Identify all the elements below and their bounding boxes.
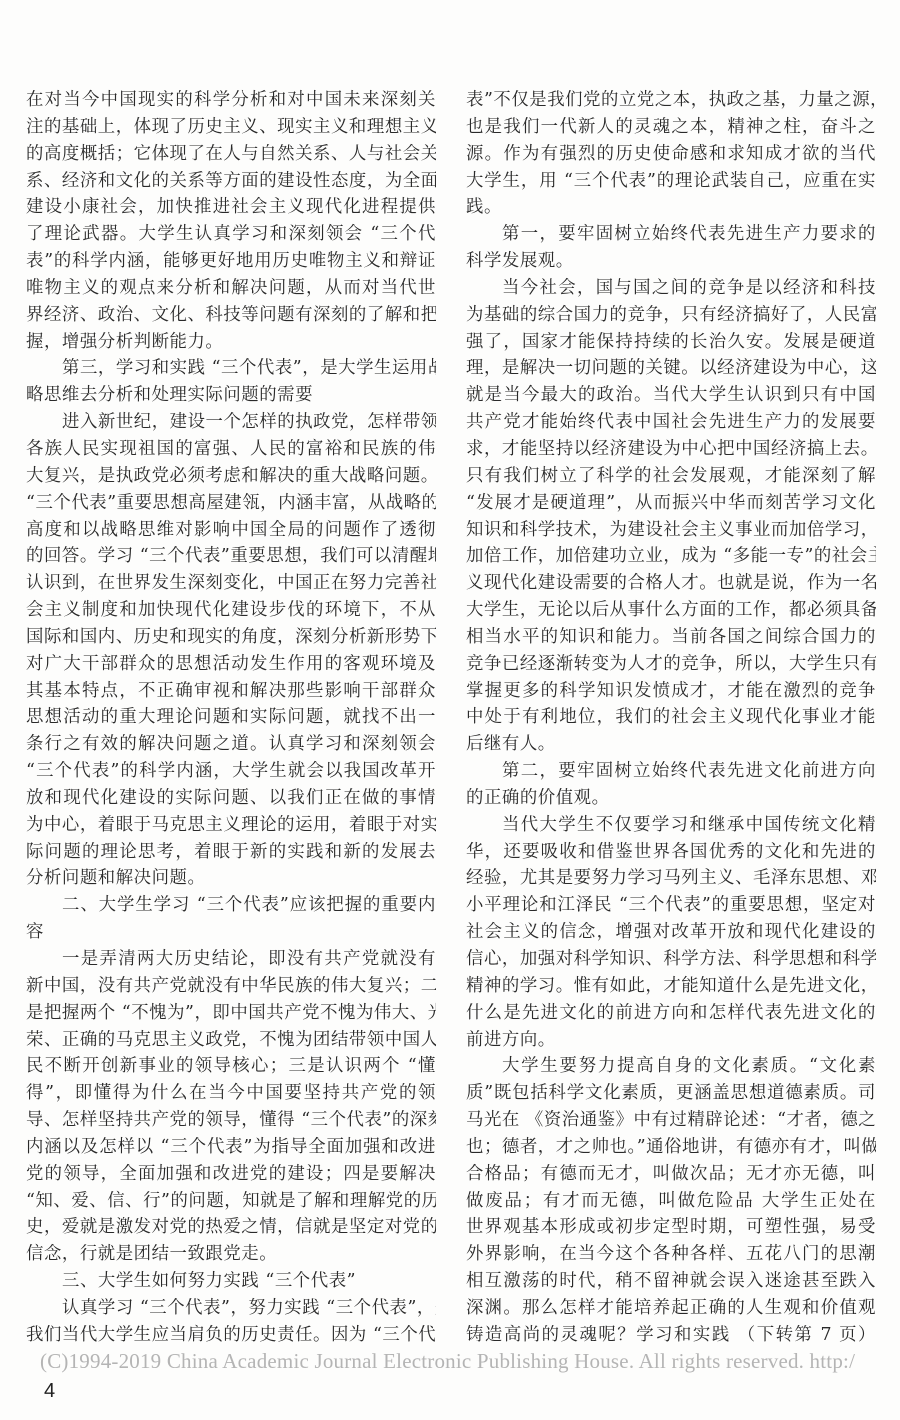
text-line: 小平理论和江泽民 “三个代表”的重要思想，坚定对 (466, 892, 876, 919)
text-line: 会主义制度和加快现代化建设步伐的环境下，不从 (26, 597, 436, 624)
text-line: 大学生，用 “三个代表”的理论武装自己，应重在实 (466, 168, 876, 195)
text-line: 系、经济和文化的关系等方面的建设性态度，为全面 (26, 168, 436, 195)
text-line: “三个代表”重要思想高屋建瓴，内涵丰富，从战略的 (26, 490, 436, 517)
text-line: 党的领导，全面加强和改进党的建设；四是要解决 (26, 1161, 436, 1188)
text-line: 是把握两个 “不愧为”，即中国共产党不愧为伟大、光 (26, 1000, 436, 1027)
text-line: 的正确的价值观。 (466, 785, 876, 812)
copyright-footer: (C)1994-2019 China Academic Journal Elec… (40, 1349, 855, 1374)
text-line: 建设小康社会，加快推进社会主义现代化进程提供 (26, 194, 436, 221)
text-line: 源。作为有强烈的历史使命感和求知成才欲的当代 (466, 141, 876, 168)
text-line: 科学发展观。 (466, 248, 876, 275)
text-line: “发展才是硬道理”，从而振兴中华而刻苦学习文化 (466, 490, 876, 517)
text-line: 华，还要吸收和借鉴世界各国优秀的文化和先进的 (466, 839, 876, 866)
text-line: 分析问题和解决问题。 (26, 865, 436, 892)
text-line: 社会主义的信念，增强对改革开放和现代化建设的 (466, 919, 876, 946)
text-line: 第三，学习和实践 “三个代表”，是大学生运用战 (26, 355, 436, 382)
text-line: 第二，要牢固树立始终代表先进文化前进方向 (466, 758, 876, 785)
text-line: 三、大学生如何努力实践 “三个代表” (26, 1268, 436, 1295)
text-line: 当代大学生不仅要学习和继承中国传统文化精 (466, 812, 876, 839)
text-line: 注的基础上，体现了历史主义、现实主义和理想主义 (26, 114, 436, 141)
text-line: 外界影响，在当今这个各种各样、五花八门的思潮 (466, 1241, 876, 1268)
journal-page: 在对当今中国现实的科学分析和对中国未来深刻关注的基础上，体现了历史主义、现实主义… (0, 0, 900, 1420)
text-line: 第一，要牢固树立始终代表先进生产力要求的 (466, 221, 876, 248)
text-line: 的回答。学习 “三个代表”重要思想，我们可以清醒地 (26, 543, 436, 570)
text-line: 大学生要努力提高自身的文化素质。“文化素 (466, 1053, 876, 1080)
text-line: 理，是解决一切问题的关键。以经济建设为中心，这 (466, 355, 876, 382)
page-number: 4 (44, 1380, 55, 1403)
text-line: 世界观基本形成或初步定型时期，可塑性强，易受 (466, 1214, 876, 1241)
text-line: 相互激荡的时代，稍不留神就会误入迷途甚至跌入 (466, 1268, 876, 1295)
right-text-column: 表”不仅是我们党的立党之本，执政之基，力量之源，也是我们一代新人的灵魂之本，精神… (466, 87, 876, 1349)
text-line: 强了，国家才能保持持续的长治久安。发展是硬道 (466, 329, 876, 356)
text-line: 其基本特点，不正确审视和解决那些影响干部群众 (26, 678, 436, 705)
text-line: 做废品；有才而无德，叫做危险品 大学生正处在 (466, 1188, 876, 1215)
text-line: 表”的科学内涵，能够更好地用历史唯物主义和辩证 (26, 248, 436, 275)
text-line: 认真学习 “三个代表”，努力实践 “三个代表”，是 (26, 1295, 436, 1322)
text-line: 知识和科学技术，为建设社会主义事业而加倍学习， (466, 517, 876, 544)
text-line: 史，爱就是激发对党的热爱之情，信就是坚定对党的 (26, 1214, 436, 1241)
text-line: 大复兴，是执政党必须考虑和解决的重大战略问题。 (26, 463, 436, 490)
text-line: 认识到，在世界发生深刻变化，中国正在努力完善社 (26, 570, 436, 597)
text-line: 前进方向。 (466, 1027, 876, 1054)
text-line: 为基础的综合国力的竞争，只有经济搞好了，人民富 (466, 302, 876, 329)
text-line: 质”既包括科学文化素质，更涵盖思想道德素质。司 (466, 1080, 876, 1107)
text-line: 信念，行就是团结一致跟党走。 (26, 1241, 436, 1268)
text-line: 际问题的理论思考，着眼于新的实践和新的发展去 (26, 839, 436, 866)
text-line: 高度和以战略思维对影响中国全局的问题作了透彻 (26, 517, 436, 544)
text-line: 在对当今中国现实的科学分析和对中国未来深刻关 (26, 87, 436, 114)
text-line: 唯物主义的观点来分析和解决问题，从而对当代世 (26, 275, 436, 302)
text-line: 马光在 《资治通鉴》中有过精辟论述：“才者，德之资 (466, 1107, 876, 1134)
text-line: 国际和国内、历史和现实的角度，深刻分析新形势下 (26, 624, 436, 651)
text-line: 后继有人。 (466, 731, 876, 758)
text-line: 只有我们树立了科学的社会发展观，才能深刻了解 (466, 463, 876, 490)
text-line: 的高度概括；它体现了在人与自然关系、人与社会关 (26, 141, 436, 168)
text-line: 一是弄清两大历史结论，即没有共产党就没有 (26, 946, 436, 973)
text-line: 二、大学生学习 “三个代表”应该把握的重要内 (26, 892, 436, 919)
text-line: 掌握更多的科学知识发愤成才，才能在激烈的竞争 (466, 678, 876, 705)
text-line: 界经济、政治、文化、科技等问题有深刻的了解和把 (26, 302, 436, 329)
text-line: 铸造高尚的灵魂呢？学习和实践 （下转第 7 页） (466, 1322, 876, 1349)
text-line: 了理论武器。大学生认真学习和深刻领会 “三个代 (26, 221, 436, 248)
text-line: 大学生，无论以后从事什么方面的工作，都必须具备 (466, 597, 876, 624)
text-line: 对广大干部群众的思想活动发生作用的客观环境及 (26, 651, 436, 678)
text-line: 求，才能坚持以经济建设为中心把中国经济搞上去。 (466, 436, 876, 463)
text-line: 中处于有利地位，我们的社会主义现代化事业才能 (466, 704, 876, 731)
text-line: 新中国，没有共产党就没有中华民族的伟大复兴；二 (26, 973, 436, 1000)
text-line: “三个代表”的科学内涵，大学生就会以我国改革开 (26, 758, 436, 785)
text-line: 相当水平的知识和能力。当前各国之间综合国力的 (466, 624, 876, 651)
text-line: 也；德者，才之帅也。”通俗地讲，有德亦有才，叫做 (466, 1134, 876, 1161)
text-line: 思想活动的重大理论问题和实际问题，就找不出一 (26, 704, 436, 731)
text-line: 信心，加强对科学知识、科学方法、科学思想和科学 (466, 946, 876, 973)
text-line: 经验，尤其是要努力学习马列主义、毛泽东思想、邓 (466, 865, 876, 892)
text-line: 荣、正确的马克思主义政党，不愧为团结带领中国人 (26, 1027, 436, 1054)
text-line: 我们当代大学生应当肩负的历史责任。因为 “三个代 (26, 1322, 436, 1349)
text-line: 条行之有效的解决问题之道。认真学习和深刻领会 (26, 731, 436, 758)
text-line: 当今社会，国与国之间的竞争是以经济和科技 (466, 275, 876, 302)
text-line: 容 (26, 919, 436, 946)
text-line: 合格品；有德而无才，叫做次品；无才亦无德，叫 (466, 1161, 876, 1188)
text-line: 精神的学习。惟有如此，才能知道什么是先进文化， (466, 973, 876, 1000)
text-line: 得”，即懂得为什么在当今中国要坚持共产党的领 (26, 1080, 436, 1107)
text-line: 进入新世纪，建设一个怎样的执政党，怎样带领 (26, 409, 436, 436)
text-line: 内涵以及怎样以 “三个代表”为指导全面加强和改进 (26, 1134, 436, 1161)
text-line: 握，增强分析判断能力。 (26, 329, 436, 356)
text-line: 竞争已经逐渐转变为人才的竞争，所以，大学生只有 (466, 651, 876, 678)
text-line: 民不断开创新事业的领导核心；三是认识两个 “懂 (26, 1053, 436, 1080)
text-line: 导、怎样坚持共产党的领导，懂得 “三个代表”的深刻 (26, 1107, 436, 1134)
text-line: 就是当今最大的政治。当代大学生认识到只有中国 (466, 382, 876, 409)
text-line: 践。 (466, 194, 876, 221)
text-line: 为中心，着眼于马克思主义理论的运用，着眼于对实 (26, 812, 436, 839)
text-line: 放和现代化建设的实际问题、以我们正在做的事情 (26, 785, 436, 812)
text-line: 深渊。那么怎样才能培养起正确的人生观和价值观 (466, 1295, 876, 1322)
text-line: 也是我们一代新人的灵魂之本，精神之柱，奋斗之 (466, 114, 876, 141)
text-line: 各族人民实现祖国的富强、人民的富裕和民族的伟 (26, 436, 436, 463)
text-line: 表”不仅是我们党的立党之本，执政之基，力量之源， (466, 87, 876, 114)
text-line: 义现代化建设需要的合格人才。也就是说，作为一名 (466, 570, 876, 597)
left-text-column: 在对当今中国现实的科学分析和对中国未来深刻关注的基础上，体现了历史主义、现实主义… (26, 87, 436, 1349)
text-line: 共产党才能始终代表中国社会先进生产力的发展要 (466, 409, 876, 436)
text-line: 加倍工作，加倍建功立业，成为 “多能一专”的社会主 (466, 543, 876, 570)
text-line: 什么是先进文化的前进方向和怎样代表先进文化的 (466, 1000, 876, 1027)
text-line: “知、爱、信、行”的问题，知就是了解和理解党的历 (26, 1188, 436, 1215)
text-line: 略思维去分析和处理实际问题的需要 (26, 382, 436, 409)
